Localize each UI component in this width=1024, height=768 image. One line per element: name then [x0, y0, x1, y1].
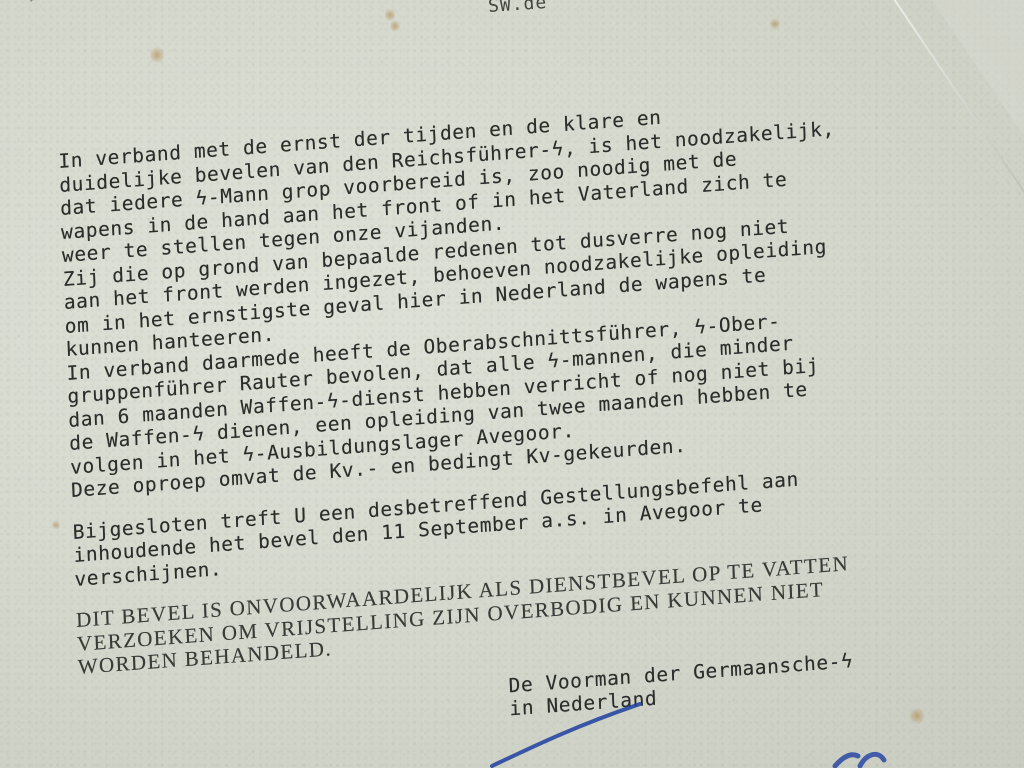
- document-photo: SW.de In verband met de ernst der tijden…: [0, 0, 1024, 768]
- header-reference: SW.de: [487, 0, 548, 17]
- stain-spot: [770, 18, 780, 30]
- signature-block: De Voorman der Germaansche-ϟ in Nederlan…: [508, 632, 1024, 721]
- stain-spot: [910, 707, 924, 725]
- paper-crease: [30, 0, 90, 14]
- stain-spot: [52, 520, 60, 530]
- stain-spot: [390, 20, 400, 32]
- typed-letter: In verband met de ernst der tijden en de…: [58, 77, 1024, 753]
- stain-spot: [150, 46, 164, 64]
